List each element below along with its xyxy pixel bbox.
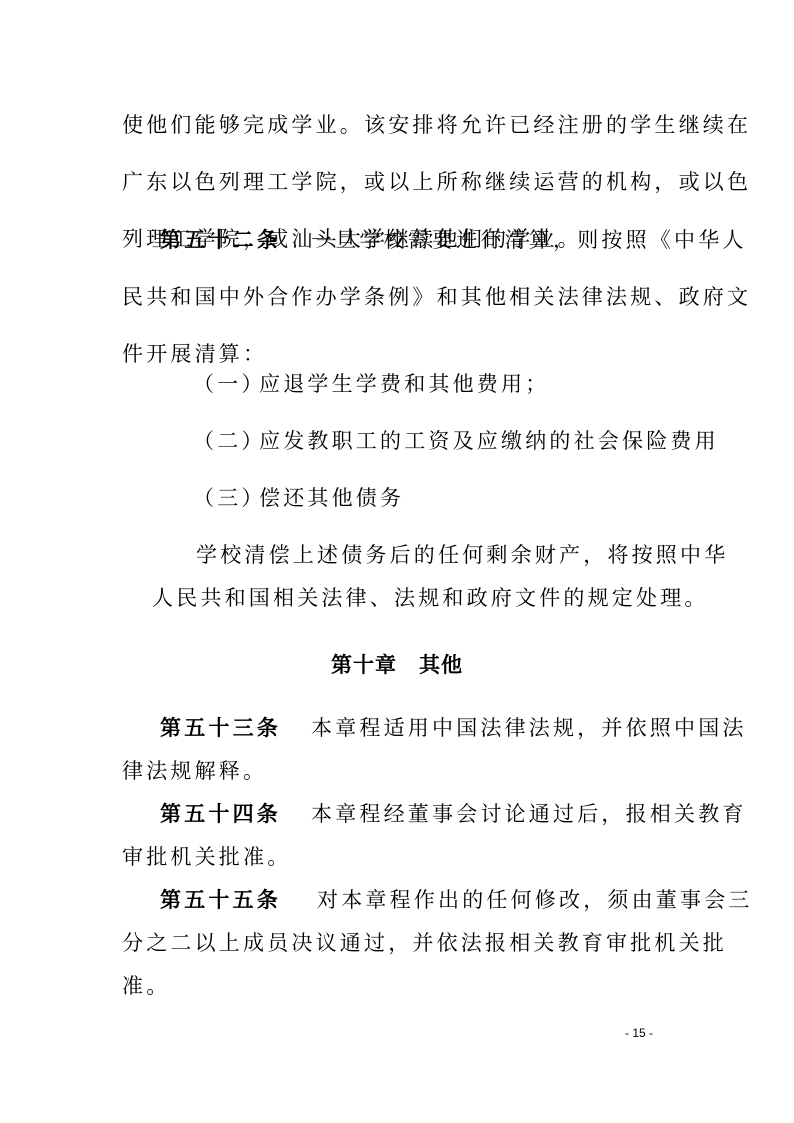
list-marker: （一）: [193, 370, 259, 398]
paragraph-line: 分之二以上成员决议通过，并依法报相关教育审批机关批: [122, 929, 727, 957]
article-53-heading-line: 第五十三条本章程适用中国法律法规，并依照中国法: [160, 714, 747, 742]
article-54-label: 第五十四条: [160, 802, 281, 826]
article-52-text: 一旦学校需要进行清算，则按照《中华人: [311, 228, 747, 252]
paragraph-line: 件开展清算：: [122, 340, 267, 368]
chapter-heading: 第十章其他: [0, 651, 794, 679]
list-item-text: 偿还其他债务: [259, 486, 404, 510]
chapter-title: 其他: [419, 653, 463, 677]
article-55-heading-line: 第五十五条对本章程作出的任何修改，须由董事会三: [160, 886, 753, 914]
chapter-number: 第十章: [331, 653, 397, 677]
article-53-label: 第五十三条: [160, 716, 281, 740]
list-item: （二）应发教职工的工资及应缴纳的社会保险费用: [193, 427, 719, 455]
paragraph-line: 审批机关批准。: [122, 843, 291, 871]
list-item: （一）应退学生学费和其他费用；: [193, 370, 549, 398]
article-52-heading-line: 第五十二条一旦学校需要进行清算，则按照《中华人: [160, 226, 747, 254]
list-marker: （二）: [193, 427, 259, 455]
article-55-text: 对本章程作出的任何修改，须由董事会三: [317, 888, 753, 912]
list-item: （三）偿还其他债务: [193, 484, 404, 512]
article-54-text: 本章程经董事会讨论通过后，报相关教育: [311, 802, 747, 826]
list-marker: （三）: [193, 484, 259, 512]
article-54-heading-line: 第五十四条本章程经董事会讨论通过后，报相关教育: [160, 800, 747, 828]
paragraph-line: 人民共和国相关法律、法规和政府文件的规定处理。: [152, 584, 709, 612]
paragraph-line: 民共和国中外合作办学条例》和其他相关法律法规、政府文: [122, 283, 751, 311]
paragraph-line: 准。: [122, 972, 170, 1000]
article-52-label: 第五十二条: [160, 228, 281, 252]
article-53-text: 本章程适用中国法律法规，并依照中国法: [311, 716, 747, 740]
paragraph-line: 广东以色列理工学院，或以上所称继续运营的机构，或以色: [122, 168, 751, 196]
list-item-text: 应退学生学费和其他费用；: [259, 372, 549, 396]
article-55-label: 第五十五条: [160, 888, 281, 912]
paragraph-line: 学校清偿上述债务后的任何剩余财产，将按照中华: [196, 541, 728, 569]
document-page: 使他们能够完成学业。该安排将允许已经注册的学生继续在 广东以色列理工学院，或以上…: [0, 0, 794, 1123]
paragraph-line: 使他们能够完成学业。该安排将允许已经注册的学生继续在: [122, 111, 751, 139]
page-number: - 15 -: [625, 1026, 653, 1040]
list-item-text: 应发教职工的工资及应缴纳的社会保险费用: [259, 429, 719, 453]
paragraph-line: 律法规解释。: [122, 757, 267, 785]
